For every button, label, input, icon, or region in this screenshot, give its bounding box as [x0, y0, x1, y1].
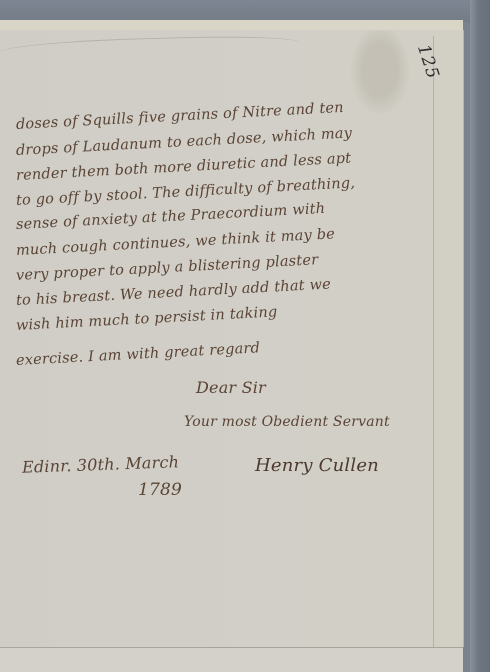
year: 1789 [138, 480, 182, 500]
valediction: Your most Obedient Servant [184, 414, 390, 430]
page-margin-line [433, 36, 434, 647]
scanner-frame-top [0, 0, 490, 22]
page-bottom-fold [0, 647, 463, 672]
scanner-frame-right [470, 0, 490, 672]
signature: Henry Cullen [255, 455, 379, 476]
closing-salutation: Dear Sir [196, 378, 266, 397]
